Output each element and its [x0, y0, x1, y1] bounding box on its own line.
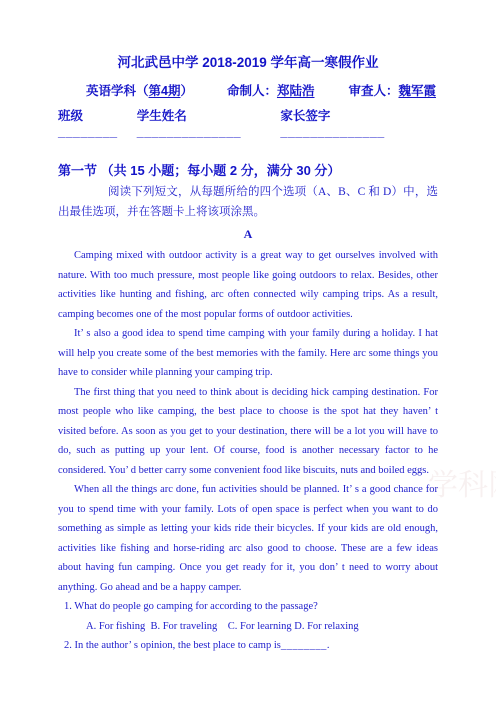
- question-2: 2. In the author’ s opinion, the best pl…: [58, 636, 438, 656]
- section-instructions: 阅读下列短文，从每题所给的四个选项（A、B、C 和 D）中，选出最佳选项，并在答…: [58, 182, 438, 222]
- reviewer-field: 审查人：魏军霞: [348, 83, 436, 99]
- issue-number: 第4期: [149, 84, 181, 98]
- composer-field: 命制人：郑陆浩: [227, 83, 315, 99]
- composer-label: 命制人：: [227, 84, 277, 98]
- reviewer-name: 魏军霞: [398, 84, 436, 98]
- class-field: 班级________: [58, 108, 137, 140]
- student-name-label: 学生姓名: [137, 109, 187, 123]
- exam-document-page: 河北武邑中学 2018-2019 学年高一寒假作业 英语学科（第4期） 命制人：…: [0, 0, 496, 702]
- passage-paragraph-3: The first thing that you need to think a…: [58, 383, 438, 481]
- class-blank: ________: [58, 125, 118, 139]
- question-1: 1. What do people go camping for accordi…: [58, 597, 438, 636]
- parent-signature-blank: ______________: [280, 125, 384, 139]
- student-name-field: 学生姓名______________: [137, 108, 281, 140]
- subject-row: 英语学科（第4期） 命制人：郑陆浩 审查人：魏军霞: [58, 83, 438, 99]
- passage-label: A: [58, 225, 438, 244]
- subject-label: 英语学科（第4期）: [86, 83, 193, 99]
- composer-name: 郑陆浩: [277, 84, 315, 98]
- passage-paragraph-4: When all the things arc done, fun activi…: [58, 480, 438, 597]
- passage-paragraph-2: It’ s also a good idea to spend time cam…: [58, 324, 438, 383]
- parent-signature-field: 家长签字______________: [280, 108, 424, 140]
- reviewer-label: 审查人：: [348, 84, 398, 98]
- question-1-options: A. For fishing B. For traveling C. For l…: [58, 617, 438, 637]
- student-name-blank: ______________: [137, 125, 241, 139]
- document-body: 河北武邑中学 2018-2019 学年高一寒假作业 英语学科（第4期） 命制人：…: [0, 0, 496, 702]
- question-2-period: .: [327, 640, 330, 651]
- subject-suffix: ）: [180, 84, 193, 98]
- question-1-text: 1. What do people go camping for accordi…: [58, 597, 438, 617]
- question-2-blank: ________: [281, 640, 327, 651]
- section-heading: 第一节 （共 15 小题；每小题 2 分，满分 30 分）: [58, 162, 438, 179]
- info-row: 班级________ 学生姓名______________ 家长签字______…: [58, 108, 438, 140]
- question-2-text: 2. In the author’ s opinion, the best pl…: [64, 640, 281, 651]
- passage-paragraph-1: Camping mixed with outdoor activity is a…: [58, 246, 438, 324]
- parent-signature-label: 家长签字: [280, 109, 330, 123]
- class-label: 班级: [58, 109, 83, 123]
- subject-prefix: 英语学科（: [86, 84, 149, 98]
- page-title: 河北武邑中学 2018-2019 学年高一寒假作业: [58, 54, 438, 72]
